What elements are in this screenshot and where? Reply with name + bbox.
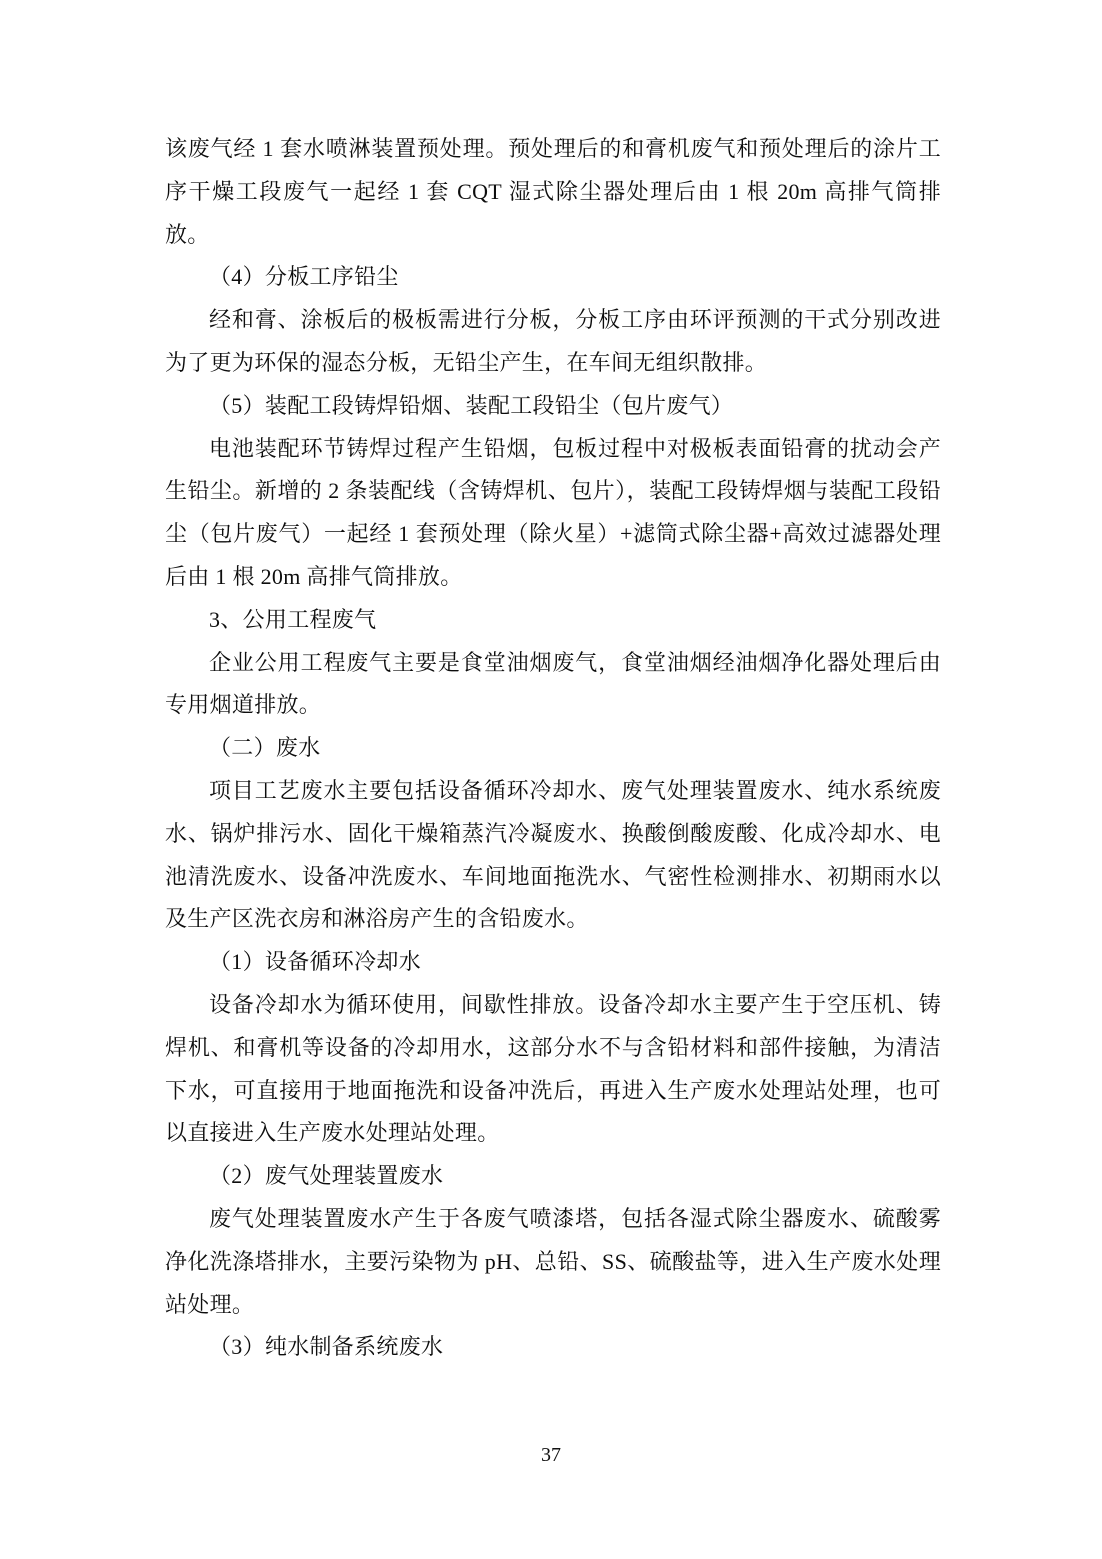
paragraph-utility-waste-gas: 企业公用工程废气主要是食堂油烟废气，食堂油烟经油烟净化器处理后由专用烟道排放。 xyxy=(165,642,941,728)
section-heading-3-pure-water-system-wastewater: （3）纯水制备系统废水 xyxy=(165,1326,941,1369)
section-heading-2-gas-treatment-wastewater: （2）废气处理装置废水 xyxy=(165,1155,941,1198)
page-number: 37 xyxy=(541,1444,561,1466)
paragraph-wastewater-overview: 项目工艺废水主要包括设备循环冷却水、废气处理装置废水、纯水系统废水、锅炉排污水、… xyxy=(165,770,941,941)
document-page: 该废气经 1 套水喷淋装置预处理。预处理后的和膏机废气和预处理后的涂片工序干燥工… xyxy=(0,0,1102,1559)
section-heading-1-circulating-cooling-water: （1）设备循环冷却水 xyxy=(165,941,941,984)
paragraph-gas-treatment-wastewater: 废气处理装置废水产生于各废气喷漆塔，包括各湿式除尘器废水、硫酸雾净化洗涤塔排水，… xyxy=(165,1198,941,1326)
section-heading-5-assembly-lead-fume: （5）装配工段铸焊铅烟、装配工段铅尘（包片废气） xyxy=(165,385,941,428)
paragraph-continuation: 该废气经 1 套水喷淋装置预处理。预处理后的和膏机废气和预处理后的涂片工序干燥工… xyxy=(165,128,941,256)
paragraph-circulating-cooling-water: 设备冷却水为循环使用，间歇性排放。设备冷却水主要产生于空压机、铸焊机、和膏机等设… xyxy=(165,984,941,1155)
document-body: 该废气经 1 套水喷淋装置预处理。预处理后的和膏机废气和预处理后的涂片工序干燥工… xyxy=(165,128,941,1369)
section-heading-4-plate-dividing-lead-dust: （4）分板工序铅尘 xyxy=(165,256,941,299)
paragraph-plate-dividing: 经和膏、涂板后的极板需进行分板，分板工序由环评预测的干式分别改进为了更为环保的湿… xyxy=(165,299,941,385)
section-heading-2-wastewater: （二）废水 xyxy=(165,727,941,770)
page-footer: 37 xyxy=(0,1444,1102,1467)
paragraph-assembly-lead-fume: 电池装配环节铸焊过程产生铅烟，包板过程中对极板表面铅膏的扰动会产生铅尘。新增的 … xyxy=(165,428,941,599)
section-heading-3-utility-waste-gas: 3、公用工程废气 xyxy=(165,599,941,642)
